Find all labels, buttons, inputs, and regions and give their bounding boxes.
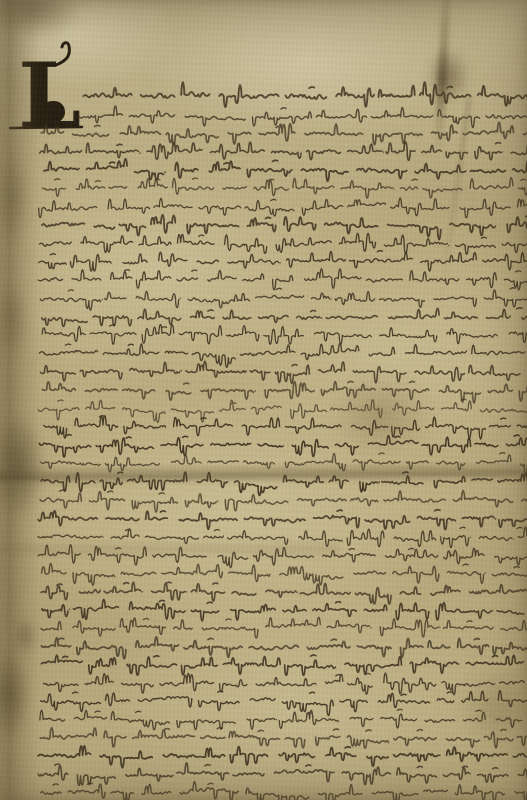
parchment-vignette <box>0 0 527 800</box>
manuscript-photo: L <box>0 0 527 800</box>
